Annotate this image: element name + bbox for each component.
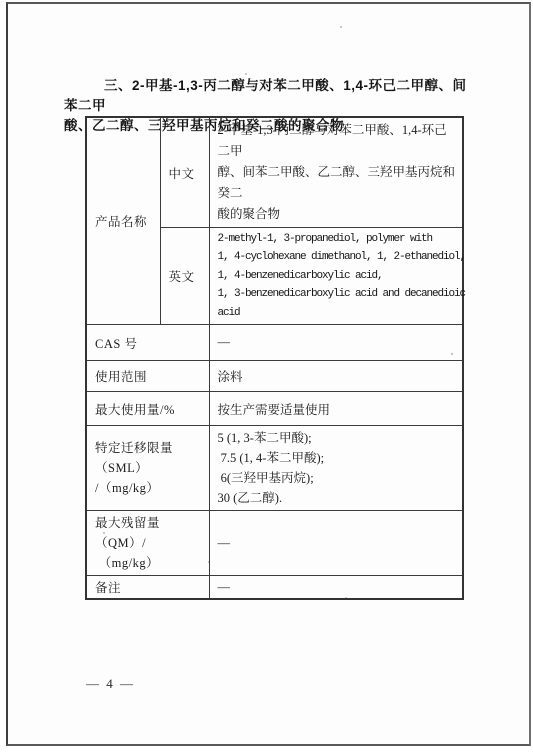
chinese-label: 中文 bbox=[160, 117, 209, 228]
product-name-chinese: 2-甲基-1,3-丙二醇与对苯二甲酸、1,4-环己二甲 醇、间苯二甲酸、乙二醇、… bbox=[209, 117, 463, 228]
table-row: 产品名称 中文 2-甲基-1,3-丙二醇与对苯二甲酸、1,4-环己二甲 醇、间苯… bbox=[86, 117, 463, 228]
max-usage-value: 按生产需要适量使用 bbox=[209, 392, 463, 426]
table-row: 使用范围 涂料 bbox=[86, 361, 463, 392]
usage-scope-label: 使用范围 bbox=[86, 361, 209, 392]
cas-label: CAS 号 bbox=[86, 325, 209, 361]
sml-value: 5 (1, 3-苯二甲酸); 7.5 (1, 4-苯二甲酸); 6(三羟甲基丙烷… bbox=[209, 426, 463, 511]
remark-label: 备注 bbox=[86, 576, 209, 600]
cas-value: — bbox=[209, 325, 463, 361]
sml-value-text: 5 (1, 3-苯二甲酸); 7.5 (1, 4-苯二甲酸); 6(三羟甲基丙烷… bbox=[218, 428, 459, 508]
table-row: 特定迁移限量（SML） /（mg/kg） 5 (1, 3-苯二甲酸); 7.5 … bbox=[86, 426, 463, 511]
substance-spec-table: 产品名称 中文 2-甲基-1,3-丙二醇与对苯二甲酸、1,4-环己二甲 醇、间苯… bbox=[85, 116, 464, 600]
remark-value: — bbox=[209, 576, 463, 600]
scan-noise bbox=[340, 26, 342, 28]
usage-scope-value: 涂料 bbox=[209, 361, 463, 392]
qm-label-text: 最大残留量（QM）/ （mg/kg） bbox=[95, 513, 205, 573]
sml-label: 特定迁移限量（SML） /（mg/kg） bbox=[86, 426, 209, 511]
max-usage-label: 最大使用量/% bbox=[86, 392, 209, 426]
qm-label: 最大残留量（QM）/ （mg/kg） bbox=[86, 511, 209, 576]
product-name-english: 2-methyl-1, 3-propanediol, polymer with … bbox=[209, 228, 463, 325]
page-number: — 4 — bbox=[86, 676, 135, 692]
table-row: 最大使用量/% 按生产需要适量使用 bbox=[86, 392, 463, 426]
table-row: 备注 — bbox=[86, 576, 463, 600]
sml-label-text: 特定迁移限量（SML） /（mg/kg） bbox=[95, 438, 205, 498]
product-name-english-text: 2-methyl-1, 3-propanediol, polymer with … bbox=[218, 230, 459, 322]
product-name-label: 产品名称 bbox=[86, 117, 160, 325]
english-label: 英文 bbox=[160, 228, 209, 325]
table-row: CAS 号 — bbox=[86, 325, 463, 361]
product-name-chinese-text: 2-甲基-1,3-丙二醇与对苯二甲酸、1,4-环己二甲 醇、间苯二甲酸、乙二醇、… bbox=[218, 120, 459, 225]
qm-value: — bbox=[209, 511, 463, 576]
table-row: 最大残留量（QM）/ （mg/kg） — bbox=[86, 511, 463, 576]
scan-noise bbox=[245, 73, 247, 75]
